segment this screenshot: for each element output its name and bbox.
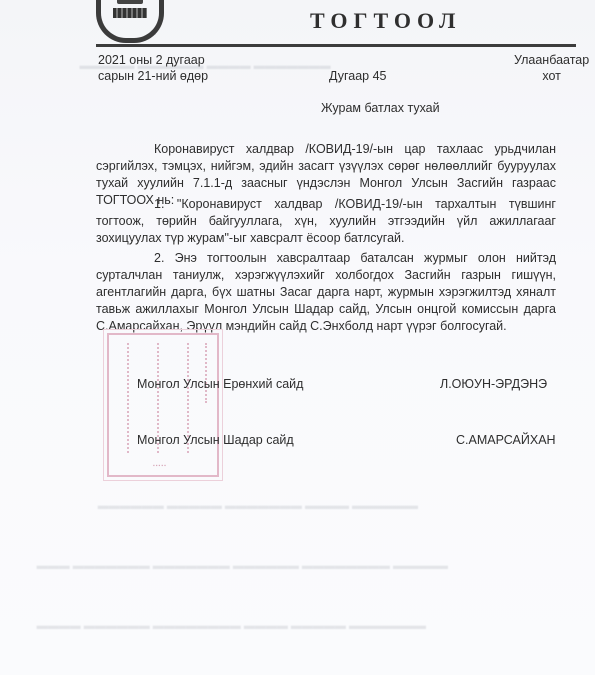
bleed-through-text: ▬▬▬▬▬ ▬▬▬▬▬▬ ▬▬▬▬ ▬▬▬▬▬▬▬: [0, 60, 595, 73]
bleed-through-text: ▬▬▬ ▬▬▬▬▬▬▬ ▬▬▬▬▬▬▬ ▬▬▬▬▬▬ ▬▬▬▬▬▬▬▬ ▬▬▬▬…: [0, 560, 595, 573]
bleed-through-text: ▬▬▬▬ ▬▬▬▬▬▬ ▬▬▬▬▬▬▬▬ ▬▬▬▬ ▬▬▬▬▬ ▬▬▬▬▬▬▬: [0, 620, 595, 633]
state-emblem-icon: [96, 0, 164, 43]
seal-footer: ▪▪▪▪▪: [153, 463, 167, 469]
item-2-text: 2. Энэ тогтоолын хавсралтаар баталсан жу…: [96, 251, 556, 333]
signatory-2-name: С.АМАРСАЙХАН: [456, 433, 556, 447]
document-title: ТОГТООЛ: [310, 8, 461, 34]
official-seal: ▪▪▪▪▪: [107, 333, 219, 477]
item-1-text: 1. "Коронавируст халдвар /КОВИД-19/-ын т…: [96, 197, 556, 245]
date-line-1: 2021 оны 2 дугаар: [98, 52, 208, 68]
date-line-2: сарын 21-ний өдөр: [98, 68, 208, 84]
signatory-2-title: Монгол Улсын Шадар сайд: [137, 433, 294, 447]
document-date: 2021 оны 2 дугаар сарын 21-ний өдөр: [98, 52, 208, 84]
document-place: Улаанбаатар хот: [514, 52, 589, 84]
signatory-1-name: Л.ОЮУН-ЭРДЭНЭ: [440, 377, 547, 391]
resolution-item-2: 2. Энэ тогтоолын хавсралтаар баталсан жу…: [96, 250, 556, 335]
resolution-item-1: 1. "Коронавируст халдвар /КОВИД-19/-ын т…: [96, 196, 556, 247]
place-line-2: хот: [514, 68, 589, 84]
place-line-1: Улаанбаатар: [514, 52, 589, 68]
signatory-1-title: Монгол Улсын Ерөнхий сайд: [137, 377, 303, 391]
document-subject: Журам батлах тухай: [321, 101, 440, 115]
document-page: ▬▬▬▬▬ ▬▬▬▬▬▬ ▬▬▬▬ ▬▬▬▬▬▬▬ ▬▬▬▬▬▬ ▬▬▬▬▬ ▬…: [0, 0, 595, 675]
header-divider: [96, 44, 576, 47]
document-number: Дугаар 45: [329, 68, 387, 84]
bleed-through-text: ▬▬▬▬▬▬ ▬▬▬▬▬ ▬▬▬▬▬▬▬ ▬▬▬▬ ▬▬▬▬▬▬: [0, 500, 595, 513]
